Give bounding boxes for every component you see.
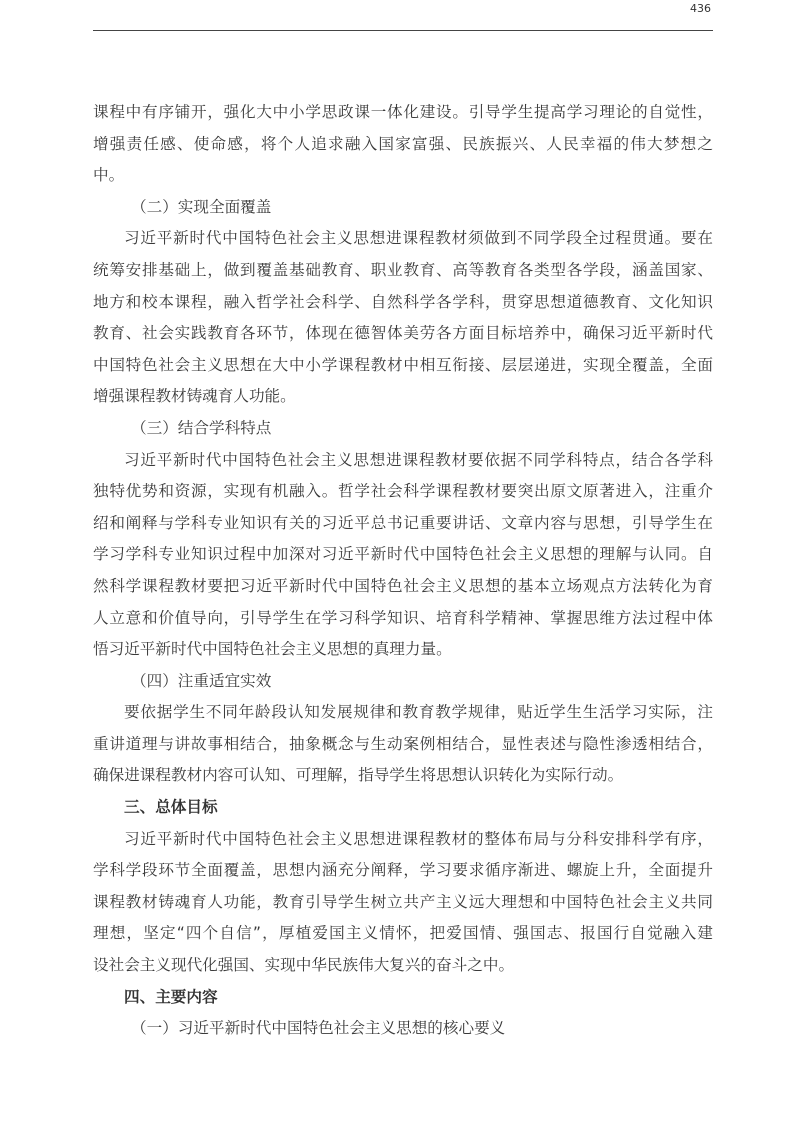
text-line: 然科学课程教材要把习近平新时代中国特色社会主义思想的基本立场观点方法转化为育 [93,571,713,603]
text-line: 要依据学生不同年龄段认知发展规律和教育教学规律，贴近学生生活学习实际，注 [93,697,713,729]
section-heading: 四、主要内容 [93,982,713,1014]
text-line: 设社会主义现代化强国、实现中华民族伟大复兴的奋斗之中。 [93,950,713,982]
section-subheading: （三）结合学科特点 [93,413,713,445]
text-line: 增强责任感、使命感，将个人追求融入国家富强、民族振兴、人民幸福的伟大梦想之 [93,129,713,161]
text-line: 学科学段环节全面覆盖，思想内涵充分阐释，学习要求循序渐进、螺旋上升，全面提升 [93,855,713,887]
text-line: 习近平新时代中国特色社会主义思想进课程教材须做到不同学段全过程贯通。要在 [93,223,713,255]
text-line: 重讲道理与讲故事相结合，抽象概念与生动案例相结合，显性表述与隐性渗透相结合， [93,729,713,761]
text-line: 理想，坚定“四个自信”，厚植爱国主义情怀，把爱国情、强国志、报国行自觉融入建 [93,918,713,950]
paragraph: 习近平新时代中国特色社会主义思想进课程教材的整体布局与分科安排科学有序， 学科学… [93,824,713,982]
paragraph: 习近平新时代中国特色社会主义思想进课程教材须做到不同学段全过程贯通。要在 统筹安… [93,223,713,413]
text-line: 独特优势和资源，实现有机融入。哲学社会科学课程教材要突出原文原著进入，注重介 [93,476,713,508]
text-line: 统筹安排基础上，做到覆盖基础教育、职业教育、高等教育各类型各学段，涵盖国家、 [93,255,713,287]
text-line: 中国特色社会主义思想在大中小学课程教材中相互衔接、层层递进，实现全覆盖，全面 [93,350,713,382]
section-subheading: （四）注重适宜实效 [93,666,713,698]
text-line: 课程教材铸魂育人功能，教育引导学生树立共产主义远大理想和中国特色社会主义共同 [93,887,713,919]
text-line: 增强课程教材铸魂育人功能。 [93,381,713,413]
text-line: 中。 [93,160,713,192]
paragraph: 习近平新时代中国特色社会主义思想进课程教材要依据不同学科特点，结合各学科 独特优… [93,445,713,666]
section-heading: 三、总体目标 [93,792,713,824]
section-subheading: （二）实现全面覆盖 [93,192,713,224]
text-line: 学习学科专业知识过程中加深对习近平新时代中国特色社会主义思想的理解与认同。自 [93,539,713,571]
text-line: 确保进课程教材内容可认知、可理解，指导学生将思想认识转化为实际行动。 [93,760,713,792]
page-number: 436 [690,2,711,15]
text-line: 地方和校本课程，融入哲学社会科学、自然科学各学科，贯穿思想道德教育、文化知识 [93,287,713,319]
document-body: 课程中有序铺开，强化大中小学思政课一体化建设。引导学生提高学习理论的自觉性， 增… [93,97,713,1045]
text-line: 课程中有序铺开，强化大中小学思政课一体化建设。引导学生提高学习理论的自觉性， [93,97,713,129]
text-line: 悟习近平新时代中国特色社会主义思想的真理力量。 [93,634,713,666]
section-subheading: （一）习近平新时代中国特色社会主义思想的核心要义 [93,1013,713,1045]
text-line: 绍和阐释与学科专业知识有关的习近平总书记重要讲话、文章内容与思想，引导学生在 [93,508,713,540]
paragraph: 课程中有序铺开，强化大中小学思政课一体化建设。引导学生提高学习理论的自觉性， 增… [93,97,713,192]
text-line: 教育、社会实践教育各环节，体现在德智体美劳各方面目标培养中，确保习近平新时代 [93,318,713,350]
text-line: 人立意和价值导向，引导学生在学习科学知识、培育科学精神、掌握思维方法过程中体 [93,603,713,635]
text-line: 习近平新时代中国特色社会主义思想进课程教材要依据不同学科特点，结合各学科 [93,445,713,477]
paragraph: 要依据学生不同年龄段认知发展规律和教育教学规律，贴近学生生活学习实际，注 重讲道… [93,697,713,792]
text-line: 习近平新时代中国特色社会主义思想进课程教材的整体布局与分科安排科学有序， [93,824,713,856]
header-rule [93,30,713,31]
